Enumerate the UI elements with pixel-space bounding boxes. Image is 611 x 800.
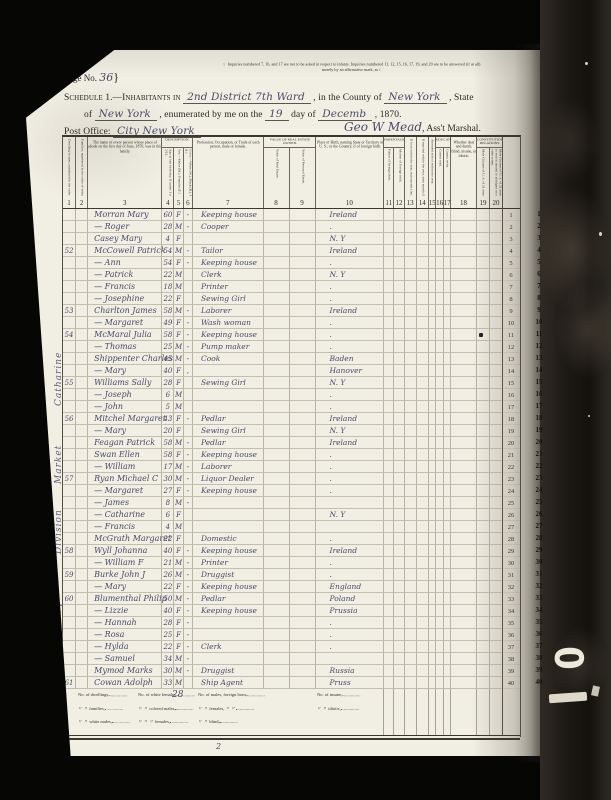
footer-blank-line [109, 692, 127, 696]
census-cell: Mitchel Margaret [87, 413, 161, 425]
census-cell [476, 485, 489, 497]
census-cell: — Rosa [87, 629, 161, 641]
footer-vertical [443, 689, 444, 735]
census-cell [416, 269, 428, 281]
census-cell [393, 209, 403, 221]
census-cell [289, 389, 315, 401]
census-cell [315, 497, 384, 509]
census-cell: - [183, 665, 192, 677]
census-cell [428, 461, 435, 473]
spanner-label: DESCRIPTION. [162, 138, 193, 142]
census-cell: Domestic [192, 533, 263, 545]
census-cell [476, 221, 489, 233]
census-cell [75, 305, 87, 317]
census-cell [443, 653, 450, 665]
census-cell: — John [87, 401, 161, 413]
film-row-number: 27 [531, 522, 547, 534]
census-cell [393, 593, 403, 605]
census-cell [476, 569, 489, 581]
header-instructions: ☞ Inquiries numbered 7, 16, and 17 are n… [154, 62, 549, 72]
census-cell: 33 [161, 677, 173, 689]
census-cell [75, 317, 87, 329]
census-cell [476, 605, 489, 617]
census-cell [383, 485, 393, 497]
census-cell [383, 305, 393, 317]
census-cell [443, 221, 450, 233]
census-cell [393, 437, 403, 449]
census-cell [435, 617, 442, 629]
footer-vertical [393, 689, 394, 735]
census-cell: F [173, 581, 182, 593]
census-cell: . [315, 461, 384, 473]
census-cell [450, 365, 476, 377]
census-cell: M [173, 497, 182, 509]
census-cell [404, 509, 416, 521]
handwritten-state: New York [95, 108, 157, 121]
census-cell [75, 617, 87, 629]
census-cell [75, 281, 87, 293]
census-cell [289, 269, 315, 281]
census-cell [404, 665, 416, 677]
film-speck [588, 415, 590, 417]
census-cell [75, 245, 87, 257]
census-cell [263, 257, 289, 269]
film-row-number: 23 [531, 474, 547, 486]
census-cell [393, 521, 403, 533]
census-cell: Swan Ellen [87, 449, 161, 461]
census-cell: 58 [161, 305, 173, 317]
census-cell [450, 389, 476, 401]
census-cell: Pump maker [192, 341, 263, 353]
census-cell [75, 485, 87, 497]
census-cell [476, 317, 489, 329]
census-cell: Casey Mary [87, 233, 161, 245]
film-row-number: 33 [531, 594, 547, 606]
census-cell [416, 257, 428, 269]
census-cell: — Lizzie [87, 605, 161, 617]
census-cell: . [315, 629, 384, 641]
spanner-education-: EDUCATION. [435, 137, 451, 148]
census-cell [263, 209, 289, 221]
census-cell [476, 257, 489, 269]
census-cell [404, 569, 416, 581]
census-cell [289, 257, 315, 269]
census-cell [476, 413, 489, 425]
census-cell [75, 377, 87, 389]
census-cell [489, 629, 502, 641]
census-cell [443, 317, 450, 329]
census-cell [428, 449, 435, 461]
census-cell: F [173, 425, 182, 437]
census-cell: . [315, 389, 384, 401]
census-cell: 17 [161, 461, 173, 473]
census-cell [476, 245, 489, 257]
census-cell [183, 425, 192, 437]
film-row-number: 28 [531, 534, 547, 546]
census-cell [489, 317, 502, 329]
column-header-text: If born within the year, state month (Ja… [409, 139, 413, 196]
census-cell [263, 329, 289, 341]
census-cell [393, 461, 403, 473]
census-cell: Pedlar [192, 593, 263, 605]
census-cell [416, 485, 428, 497]
census-cell [476, 497, 489, 509]
census-table: Dwelling-houses, numbered in the order o… [62, 135, 521, 737]
census-cell [416, 617, 428, 629]
census-cell [263, 557, 289, 569]
census-cell [75, 521, 87, 533]
census-cell [404, 629, 416, 641]
census-cell [263, 245, 289, 257]
census-cell [428, 569, 435, 581]
census-cell [75, 257, 87, 269]
census-cell: 21 [161, 557, 173, 569]
census-cell [428, 557, 435, 569]
census-cell [416, 641, 428, 653]
census-cell [416, 545, 428, 557]
census-cell [450, 569, 476, 581]
census-cell [416, 245, 428, 257]
film-row-number: 30 [531, 558, 547, 570]
census-cell [489, 221, 502, 233]
census-cell [416, 353, 428, 365]
census-cell [428, 485, 435, 497]
census-cell: — Hylda [87, 641, 161, 653]
census-cell [428, 377, 435, 389]
census-cell [393, 617, 403, 629]
film-row-number: 26 [531, 510, 547, 522]
census-cell [416, 425, 428, 437]
census-cell [404, 485, 416, 497]
census-cell: M [173, 653, 182, 665]
census-cell [476, 353, 489, 365]
footer-tally-label: No. of males, foreign born, [198, 692, 265, 697]
census-cell [263, 665, 289, 677]
street-annotation: Market [54, 433, 70, 495]
census-cell [383, 293, 393, 305]
census-cell [192, 365, 263, 377]
census-cell [192, 521, 263, 533]
column-header-18: Whether deaf and dumb, blind, insane, or… [450, 137, 477, 196]
census-cell: Ryan Michael C [87, 473, 161, 485]
census-cell [75, 437, 87, 449]
spanner-label: VALUE OF REAL ESTATE OWNED. [264, 138, 316, 145]
census-cell [489, 545, 502, 557]
census-cell [383, 677, 393, 689]
census-cell [263, 281, 289, 293]
census-cell [263, 617, 289, 629]
census-cell [450, 593, 476, 605]
census-cell [428, 593, 435, 605]
census-cell: Druggist [192, 569, 263, 581]
census-cell [428, 581, 435, 593]
census-cell [393, 257, 403, 269]
census-cell [393, 509, 403, 521]
census-cell [75, 653, 87, 665]
census-cell [289, 209, 315, 221]
census-cell [393, 269, 403, 281]
census-cell [75, 341, 87, 353]
census-cell [428, 317, 435, 329]
census-cell [383, 245, 393, 257]
census-cell: M [173, 221, 182, 233]
footer-blank-line [342, 692, 360, 696]
census-cell [435, 245, 442, 257]
census-cell [75, 593, 87, 605]
census-cell [435, 377, 442, 389]
census-cell [476, 521, 489, 533]
census-cell [383, 665, 393, 677]
census-cell [428, 293, 435, 305]
census-cell [183, 281, 192, 293]
census-cell: Poland [315, 593, 384, 605]
census-cell: - [183, 461, 192, 473]
census-cell: 34 [161, 653, 173, 665]
census-cell [289, 569, 315, 581]
census-cell [435, 605, 442, 617]
census-cell [489, 653, 502, 665]
census-cell [383, 653, 393, 665]
census-cell [289, 353, 315, 365]
census-cell: F [173, 629, 182, 641]
census-cell [416, 281, 428, 293]
census-cell [476, 629, 489, 641]
column-header-text: Sex.—Males (M.), Females (F.) [177, 149, 181, 196]
census-cell [75, 545, 87, 557]
film-row-number: 40 [531, 678, 547, 690]
census-cell: Keeping house [192, 329, 263, 341]
census-cell [404, 221, 416, 233]
census-cell: Sewing Girl [192, 425, 263, 437]
census-cell: . [315, 221, 384, 233]
marshal-signature: Geo W Mead, Ass't Marshal. [344, 120, 481, 134]
column-header-8: Value of Real Estate. [263, 147, 290, 196]
census-cell: Sewing Girl [192, 293, 263, 305]
census-cell: N. Y [315, 269, 384, 281]
census-cell [383, 401, 393, 413]
census-cell: — James [87, 497, 161, 509]
census-cell [450, 377, 476, 389]
census-cell [428, 401, 435, 413]
census-cell [443, 617, 450, 629]
census-cell [416, 665, 428, 677]
census-cell [383, 257, 393, 269]
column-header-text: If married within the year, state month … [421, 139, 425, 196]
census-cell [476, 557, 489, 569]
census-cell [383, 437, 393, 449]
spanner-constitutional-relations-: CONSTITUTIONAL RELATIONS. [476, 137, 503, 148]
census-cell: M [173, 281, 182, 293]
census-cell [383, 209, 393, 221]
census-cell: 58 [161, 449, 173, 461]
census-cell [383, 365, 393, 377]
census-cell [393, 293, 403, 305]
census-cell: M [173, 461, 182, 473]
census-cell [443, 497, 450, 509]
census-cell [416, 377, 428, 389]
census-cell [435, 293, 442, 305]
census-cell [450, 641, 476, 653]
census-cell: F [173, 413, 182, 425]
census-cell [75, 389, 87, 401]
census-cell [489, 557, 502, 569]
census-cell: Morran Mary [87, 209, 161, 221]
census-cell [404, 353, 416, 365]
census-cell [489, 257, 502, 269]
census-cell [416, 413, 428, 425]
film-row-number: 32 [531, 582, 547, 594]
footer-vertical [489, 689, 490, 735]
census-cell [192, 509, 263, 521]
census-cell [443, 509, 450, 521]
census-cell [263, 293, 289, 305]
census-cell: Tailor [192, 245, 263, 257]
census-cell [443, 545, 450, 557]
census-cell [476, 509, 489, 521]
column-header-9: Value of Personal Estate. [289, 147, 316, 196]
census-cell: - [183, 257, 192, 269]
census-cell [263, 401, 289, 413]
film-row-number: 12 [531, 342, 547, 354]
census-cell: McGrath Margaret [87, 533, 161, 545]
census-cell [416, 521, 428, 533]
census-cell [435, 449, 442, 461]
census-cell [443, 401, 450, 413]
film-row-number: 29 [531, 546, 547, 558]
census-cell: Keeping house [192, 545, 263, 557]
census-cell: Keeping house [192, 449, 263, 461]
census-cell [450, 629, 476, 641]
census-cell [404, 377, 416, 389]
census-cell: 22 [161, 533, 173, 545]
film-speck [585, 62, 588, 65]
census-cell: — Hannah [87, 617, 161, 629]
census-cell: Ireland [315, 209, 384, 221]
census-cell [263, 509, 289, 521]
census-cell [393, 413, 403, 425]
footer-tally-label: No. of insane, [317, 692, 360, 697]
census-cell [289, 473, 315, 485]
census-cell: Printer [192, 557, 263, 569]
census-cell [404, 557, 416, 569]
census-cell [428, 245, 435, 257]
census-cell [416, 509, 428, 521]
census-cell [383, 545, 393, 557]
census-cell [428, 329, 435, 341]
census-cell [443, 677, 450, 689]
census-cell [416, 449, 428, 461]
census-cell [393, 533, 403, 545]
census-cell: F [173, 641, 182, 653]
census-cell [428, 257, 435, 269]
census-cell [289, 521, 315, 533]
census-cell [443, 581, 450, 593]
census-cell: - [183, 581, 192, 593]
census-cell [63, 665, 75, 677]
column-header-1: Dwelling-houses, numbered in the order o… [63, 137, 75, 196]
census-cell [489, 425, 502, 437]
census-cell [428, 653, 435, 665]
census-cell: F [173, 257, 182, 269]
census-cell [289, 617, 315, 629]
census-cell [450, 665, 476, 677]
census-cell [63, 221, 75, 233]
census-cell [443, 389, 450, 401]
census-cell: 43 [161, 413, 173, 425]
film-row-number: 7 [531, 282, 547, 294]
census-cell [383, 581, 393, 593]
census-cell: Burke John J [87, 569, 161, 581]
census-cell [435, 677, 442, 689]
census-cell: F [173, 365, 182, 377]
census-cell [489, 233, 502, 245]
film-row-number: 16 [531, 390, 547, 402]
film-marking-zero: 0 [544, 645, 591, 670]
census-cell [435, 641, 442, 653]
census-cell: . [315, 317, 384, 329]
census-cell: 5 [161, 401, 173, 413]
census-cell: - [183, 221, 192, 233]
census-cell [435, 569, 442, 581]
census-cell [476, 449, 489, 461]
census-cell [489, 353, 502, 365]
column-header-text: Families, numbered in the order of visit… [80, 139, 84, 196]
film-row-number: 31 [531, 570, 547, 582]
census-cell [289, 461, 315, 473]
census-cell: — Mary [87, 581, 161, 593]
census-cell: — Catharine [87, 509, 161, 521]
census-cell [435, 665, 442, 677]
census-cell [443, 365, 450, 377]
census-cell [450, 533, 476, 545]
census-cell [192, 497, 263, 509]
census-cell [435, 461, 442, 473]
census-cell [289, 281, 315, 293]
census-cell [263, 521, 289, 533]
census-cell [476, 305, 489, 317]
census-cell: M [173, 269, 182, 281]
census-cell [450, 473, 476, 485]
census-cell [443, 233, 450, 245]
census-cell: 18 [161, 281, 173, 293]
census-cell [289, 221, 315, 233]
handwritten-bottom-mark: 2 [216, 742, 221, 751]
column-header-20: Male Citizens of U. S. of 21 years of ag… [489, 147, 503, 196]
census-cell: F [173, 617, 182, 629]
census-cell [289, 329, 315, 341]
census-cell: 28 [161, 617, 173, 629]
column-header-text: Male Citizens of U. S. of 21 years of ag… [491, 149, 503, 196]
census-cell [476, 389, 489, 401]
census-cell [435, 497, 442, 509]
census-cell [416, 461, 428, 473]
census-cell: 28 [161, 377, 173, 389]
census-cell [428, 437, 435, 449]
census-cell [75, 533, 87, 545]
census-cell: Ireland [315, 545, 384, 557]
census-cell: Ireland [315, 437, 384, 449]
census-cell: Sewing Girl [192, 377, 263, 389]
census-cell [383, 533, 393, 545]
census-cell [192, 653, 263, 665]
census-cell [383, 473, 393, 485]
census-cell [435, 233, 442, 245]
census-cell: 22 [161, 581, 173, 593]
footer-blank-line [170, 719, 188, 723]
census-cell: Ireland [315, 305, 384, 317]
census-cell [450, 317, 476, 329]
census-cell [428, 617, 435, 629]
